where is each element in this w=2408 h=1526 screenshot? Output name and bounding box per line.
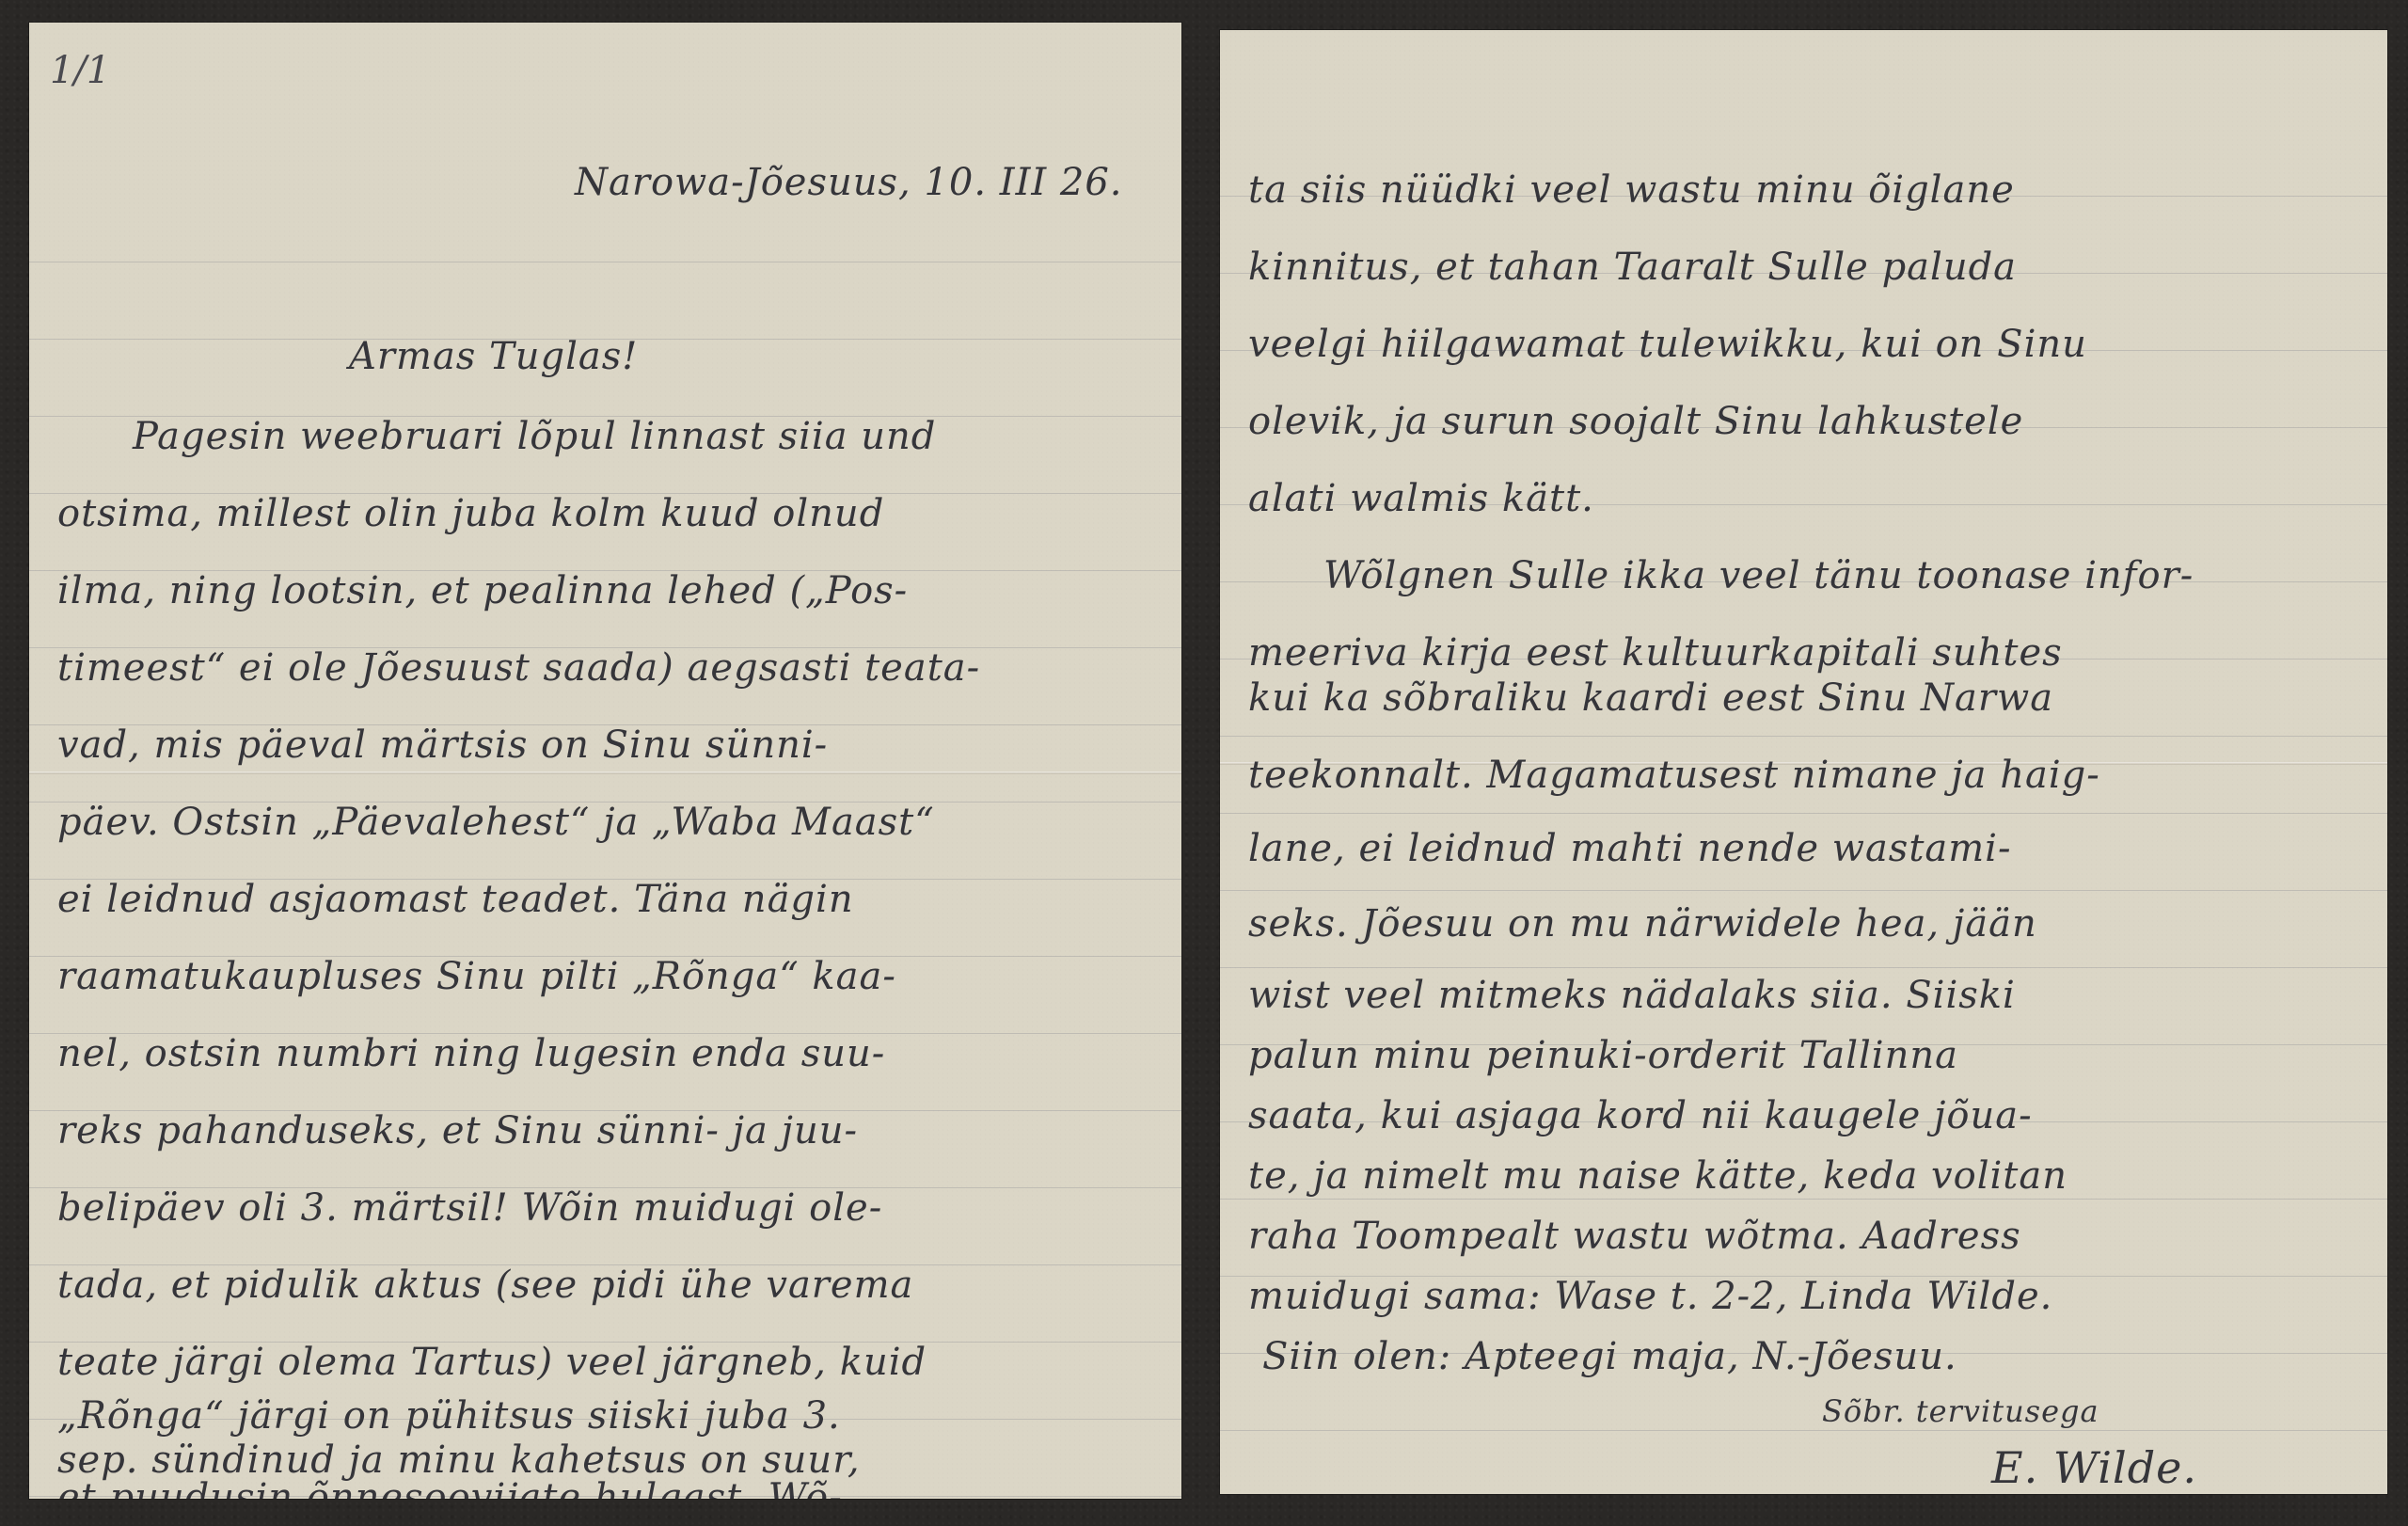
letter-line: palun minu peinuki-orderit Tallinna <box>1248 1037 1958 1074</box>
letter-line: kui ka sõbraliku kaardi eest Sinu Narwa <box>1248 679 2053 717</box>
letter-page-right: ta siis nüüdki veel wastu minu õiglane k… <box>1220 30 2387 1494</box>
letter-line: teekonnalt. Magamatusest nimane ja haig- <box>1248 756 2100 794</box>
letter-line: raamatukaupluses Sinu pilti „Rõnga“ kaa- <box>57 958 896 995</box>
signature: E. Wilde. <box>1991 1446 2197 1489</box>
page-number-mark: 1/1 <box>50 49 110 92</box>
letter-line: reks pahanduseks, et Sinu sünni- ja juu- <box>57 1112 858 1150</box>
closing: Sõbr. tervitusega <box>1822 1396 2099 1426</box>
letter-line: te, ja nimelt mu naise kätte, keda volit… <box>1248 1157 2067 1195</box>
letter-line: timeest“ ei ole Jõesuust saada) aegsasti… <box>57 649 980 687</box>
letter-line: alati walmis kätt. <box>1248 480 1594 517</box>
letter-line: meeriva kirja eest kultuurkapitali suhte… <box>1248 634 2063 672</box>
letter-line: muidugi sama: Wase t. 2-2, Linda Wilde. <box>1248 1278 2052 1315</box>
letter-line: teate järgi olema Tartus) veel järgneb, … <box>57 1343 927 1381</box>
letter-line: sep. sündinud ja minu kahetsus on suur, <box>57 1441 861 1479</box>
letter-line: kinnitus, et tahan Taaralt Sulle paluda <box>1248 248 2017 286</box>
letter-line: ilma, ning lootsin, et pealinna lehed („… <box>57 572 908 610</box>
letter-line: Pagesin weebruari lõpul linnast siia und <box>133 418 936 455</box>
letter-line: ei leidnud asjaomast teadet. Täna nägin <box>57 881 854 918</box>
return-address: Siin olen: Apteegi maja, N.-Jõesuu. <box>1262 1338 1957 1375</box>
letter-line: raha Toompealt wastu wõtma. Aadress <box>1248 1217 2021 1255</box>
letter-line: saata, kui asjaga kord nii kaugele jõua- <box>1248 1097 2033 1135</box>
salutation: Armas Tuglas! <box>349 338 638 375</box>
letter-line: otsima, millest olin juba kolm kuud olnu… <box>57 495 884 533</box>
dateline: Narowa-Jõesuus, 10. III 26. <box>575 164 1123 201</box>
letter-line: ta siis nüüdki veel wastu minu õiglane <box>1248 171 2015 209</box>
letter-line: et puudusin õnnesoovijate hulgast. Wõ- <box>57 1479 843 1499</box>
letter-line: lane, ei leidnud mahti nende wastami- <box>1248 830 2011 867</box>
letter-line: „Rõnga“ järgi on pühitsus siiski juba 3. <box>57 1397 841 1435</box>
letter-line: wist veel mitmeks nädalaks siia. Siiski <box>1248 977 2016 1014</box>
letter-line: päev. Ostsin „Päevalehest“ ja „Waba Maas… <box>57 803 935 841</box>
letter-line: olevik, ja surun soojalt Sinu lahkustele <box>1248 403 2023 440</box>
letter-line: vad, mis päeval märtsis on Sinu sünni- <box>57 726 828 764</box>
letter-line: Wõlgnen Sulle ikka veel tänu toonase inf… <box>1323 557 2194 595</box>
letter-page-left: 1/1 Narowa-Jõesuus, 10. III 26. Armas Tu… <box>29 23 1181 1499</box>
letter-line: seks. Jõesuu on mu närwidele hea, jään <box>1248 905 2037 943</box>
letter-line: veelgi hiilgawamat tulewikku, kui on Sin… <box>1248 326 2087 363</box>
letter-line: belipäev oli 3. märtsil! Wõin muidugi ol… <box>57 1189 882 1227</box>
letter-line: nel, ostsin numbri ning lugesin enda suu… <box>57 1035 885 1073</box>
letter-line: tada, et pidulik aktus (see pidi ühe var… <box>57 1266 913 1304</box>
